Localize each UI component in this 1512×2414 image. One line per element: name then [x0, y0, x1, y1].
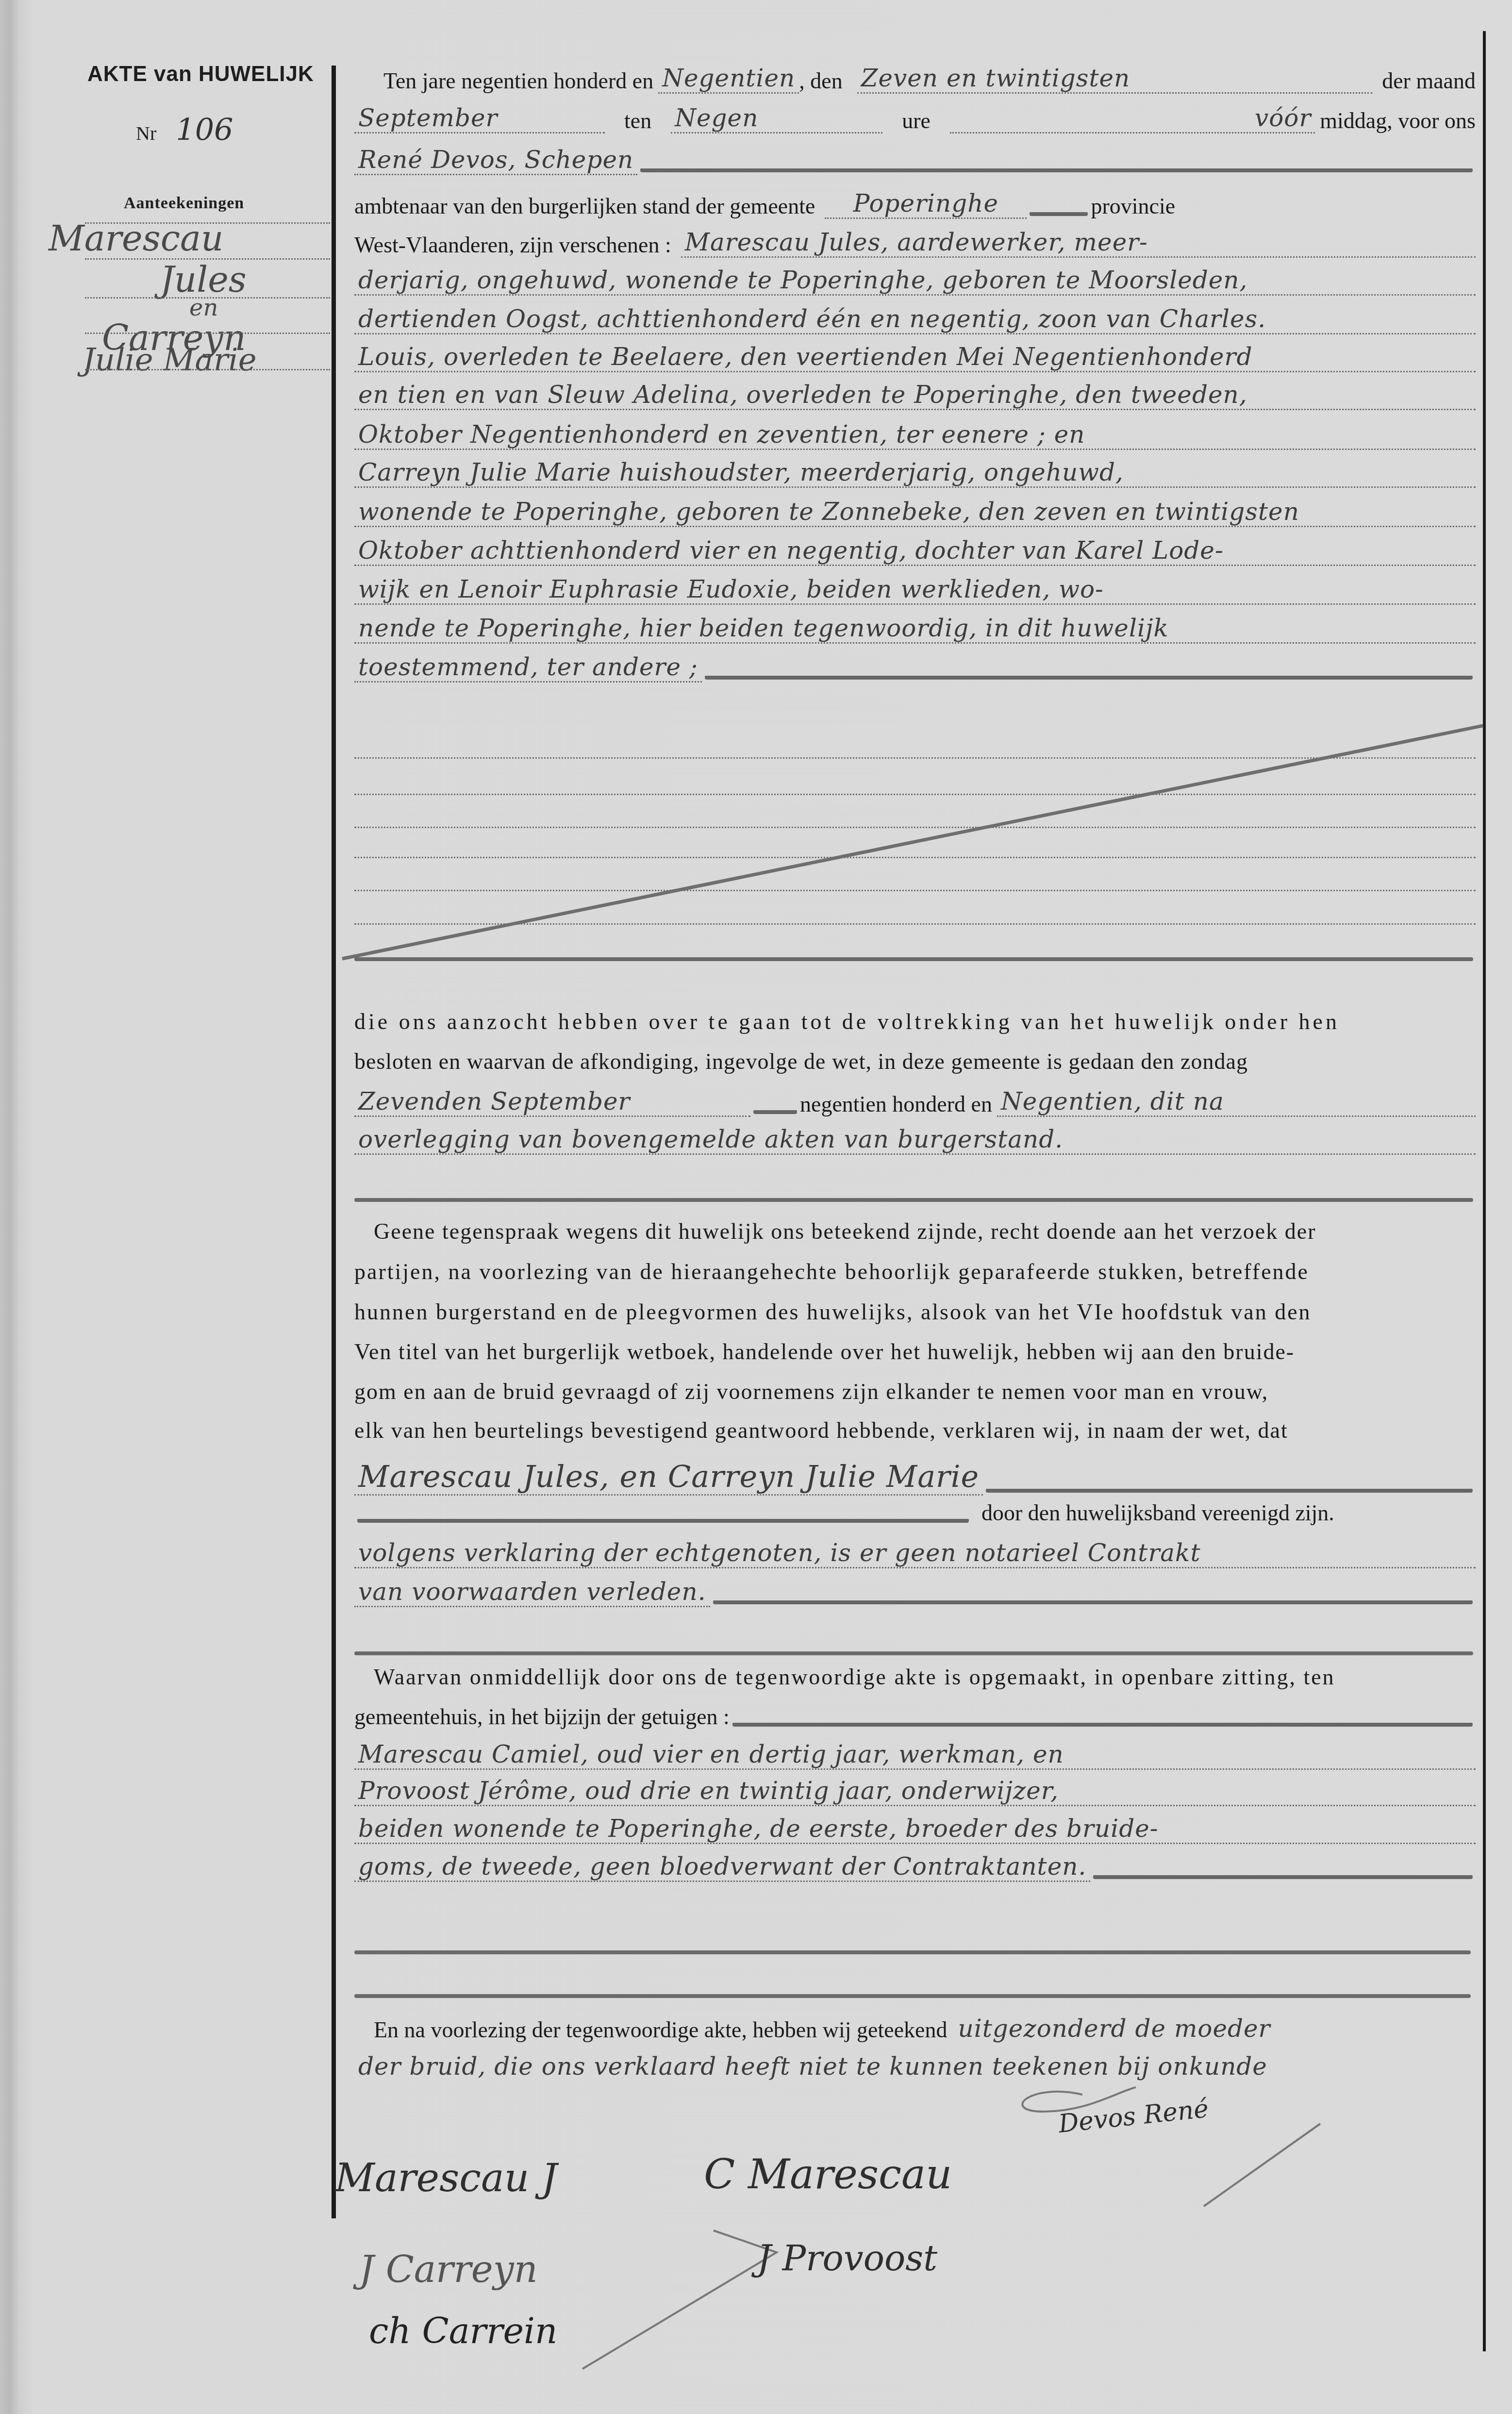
handwritten-witness-text: goms, de tweede, geen bloedverwant der C… — [354, 1852, 1090, 1882]
handwritten-documents-note: overlegging van bovengemelde akten van b… — [354, 1125, 1476, 1155]
declaration-line: hunnen burgerstand en de pleegvormen des… — [354, 1299, 1476, 1325]
handwritten-text: Carreyn Julie Marie huishoudster, meerde… — [354, 458, 1476, 488]
record-number-label: Nr — [136, 122, 156, 144]
handwritten-before-after: vóór — [950, 104, 1315, 133]
empty-dotted-line — [354, 923, 1476, 925]
printed-text: ten — [624, 108, 651, 133]
handwritten-witness-text: Marescau Camiel, oud vier en dertig jaar… — [354, 1740, 1476, 1770]
printed-text: der maand — [1382, 68, 1476, 94]
filler-stroke — [713, 1600, 1473, 1604]
handwritten-text: Oktober achttienhonderd vier en negentig… — [354, 536, 1476, 566]
handwritten-line: nende te Poperinghe, hier beiden tegenwo… — [354, 614, 1476, 644]
handwritten-line: wonende te Poperinghe, geboren te Zonneb… — [354, 498, 1476, 527]
contract-line-2: van voorwaarden verleden. — [354, 1578, 1476, 1607]
printed-text: elk van hen beurtelings bevestigend gean… — [354, 1417, 1288, 1443]
handwritten-line: Louis, overleden te Beelaere, den veerti… — [354, 343, 1476, 372]
filler-stroke — [357, 1518, 969, 1523]
page-right-border — [1483, 31, 1486, 2351]
witness-line: Provoost Jérôme, oud drie en twintig jaa… — [354, 1777, 1476, 1806]
handwritten-witness-text: beiden wonende te Poperinghe, de eerste,… — [354, 1815, 1476, 1844]
printed-text: Waarvan onmiddellijk door ons de tegenwo… — [354, 1664, 1335, 1690]
united-line: door den huwelijksband vereenigd zijn. — [354, 1500, 1476, 1526]
handwritten-year: Negentien — [658, 64, 799, 94]
printed-text: , den — [799, 68, 842, 94]
handwritten-groom-intro: Marescau Jules, aardewerker, meer- — [681, 228, 1476, 258]
handwritten-line: dertienden Oogst, achttienhonderd één en… — [354, 305, 1476, 334]
signature-groom: Marescau J — [335, 2155, 557, 2200]
printed-text: hunnen burgerstand en de pleegvormen des… — [354, 1299, 1312, 1325]
filler-stroke — [1030, 212, 1088, 216]
printed-text: provincie — [1091, 193, 1175, 219]
declaration-line: elk van hen beurtelings bevestigend gean… — [354, 1417, 1476, 1443]
printed-text: Ten jare negentien honderd en — [354, 68, 653, 94]
margin-note-surname-groom: Marescau — [49, 221, 223, 256]
signature-bride: J Carreyn — [359, 2248, 538, 2291]
handwritten-text: Louis, overleden te Beelaere, den veerti… — [354, 343, 1476, 372]
empty-dotted-line — [354, 857, 1476, 858]
act-line-time: September ten Negen ure vóór middag, voo… — [354, 104, 1476, 133]
margin-dotted-line — [85, 333, 330, 334]
publication-line-1: die ons aanzocht hebben over te gaan tot… — [354, 1009, 1476, 1034]
handwritten-contract-note: volgens verklaring der echtgenoten, is e… — [354, 1539, 1476, 1568]
publication-line-2: besloten en waarvan de afkondiging, inge… — [354, 1049, 1476, 1074]
witness-line: beiden wonende te Poperinghe, de eerste,… — [354, 1815, 1476, 1844]
signature-officer: Devos René — [1057, 2094, 1210, 2139]
empty-dotted-line — [354, 890, 1476, 891]
handwritten-text: toestemmend, ter andere ; — [354, 653, 702, 683]
annotations-heading: Aanteekeningen — [124, 194, 244, 213]
signature-bride-father: ch Carrein — [369, 2311, 557, 2351]
filler-stroke — [705, 675, 1473, 680]
filler-stroke — [753, 1110, 797, 1114]
record-number: Nr106 — [136, 112, 233, 147]
printed-text: ure — [902, 108, 930, 133]
handwritten-exception: uitgezonderd de moeder — [954, 2014, 1275, 2043]
act-line-municipality: ambtenaar van den burgerlijken stand der… — [354, 189, 1476, 219]
printed-text: Geene tegenspraak wegens dit huwelijk on… — [354, 1218, 1316, 1244]
filler-stroke — [732, 1722, 1473, 1727]
section-divider — [354, 1651, 1473, 1655]
section-divider — [354, 1198, 1473, 1202]
blank-stroke — [354, 1994, 1471, 1998]
handwritten-line: derjarig, ongehuwd, wonende te Poperingh… — [354, 266, 1476, 296]
printed-text: negentien honderd en — [800, 1091, 992, 1117]
handwritten-text: wonende te Poperinghe, geboren te Zonneb… — [354, 498, 1476, 527]
handwritten-text: Oktober Negentienhonderd en zeventien, t… — [354, 420, 1476, 450]
printed-text: middag, voor ons — [1320, 108, 1476, 133]
witness-line: Marescau Camiel, oud vier en dertig jaar… — [354, 1740, 1476, 1770]
margin-dotted-line — [85, 297, 330, 299]
handwritten-text: nende te Poperinghe, hier beiden tegenwo… — [354, 614, 1476, 644]
declaration-line: partijen, na voorlezing van de hieraange… — [354, 1259, 1476, 1284]
printed-text: gom en aan de bruid gevraagd of zij voor… — [354, 1379, 1268, 1404]
handwritten-hour: Negen — [671, 104, 882, 133]
publication-line-3: Zevenden September negentien honderd en … — [354, 1087, 1476, 1117]
act-line-appeared: West-Vlaanderen, zijn verschenen : Mares… — [354, 228, 1476, 258]
declaration-line: Ven titel van het burgerlijk wetboek, ha… — [354, 1339, 1476, 1365]
handwritten-officer-name: René Devos, Schepen — [354, 146, 637, 175]
handwritten-text: en tien en van Sleuw Adelina, overleden … — [354, 381, 1476, 410]
printed-text: door den huwelijksband vereenigd zijn. — [981, 1500, 1334, 1526]
contract-line-1: volgens verklaring der echtgenoten, is e… — [354, 1539, 1476, 1568]
filler-stroke — [1093, 1875, 1473, 1879]
handwritten-publication-date: Zevenden September — [354, 1087, 750, 1117]
empty-dotted-line — [354, 757, 1476, 759]
handwritten-couple-names: Marescau Jules, en Carreyn Julie Marie — [354, 1459, 983, 1496]
blank-stroke — [354, 1950, 1471, 1954]
handwritten-month: September — [354, 104, 605, 133]
act-line-date: Ten jare negentien honderd en Negentien … — [354, 64, 1476, 94]
signature-witness-1: C Marescau — [704, 2150, 952, 2198]
printed-text: West-Vlaanderen, zijn verschenen : — [354, 232, 671, 258]
empty-dotted-line — [354, 794, 1476, 795]
declaration-line: Geene tegenspraak wegens dit huwelijk on… — [354, 1218, 1476, 1244]
record-number-value: 106 — [176, 112, 233, 147]
printed-text: Ven titel van het burgerlijk wetboek, ha… — [354, 1339, 1295, 1365]
declaration-line: gom en aan de bruid gevraagd of zij voor… — [354, 1379, 1476, 1404]
closing-line-1: En na voorlezing der tegenwoordige akte,… — [354, 2014, 1476, 2043]
handwritten-line: en tien en van Sleuw Adelina, overleden … — [354, 381, 1476, 410]
printed-text: En na voorlezing der tegenwoordige akte,… — [354, 2017, 947, 2043]
handwritten-municipality: Poperinghe — [825, 189, 1027, 219]
handwritten-line: Carreyn Julie Marie huishoudster, meerde… — [354, 458, 1476, 488]
publication-line-4: overlegging van bovengemelde akten van b… — [354, 1125, 1476, 1155]
witness-intro-line-1: Waarvan onmiddellijk door ons de tegenwo… — [354, 1664, 1476, 1690]
margin-note-and: en — [189, 296, 218, 319]
printed-text: gemeentehuis, in het bijzijn der getuige… — [354, 1704, 730, 1730]
handwritten-text: derjarig, ongehuwd, wonende te Poperingh… — [354, 266, 1476, 296]
margin-divider — [332, 66, 336, 2218]
handwritten-text: wijk en Lenoir Euphrasie Eudoxie, beiden… — [354, 575, 1476, 605]
margin-note-given-groom: Jules — [160, 262, 247, 297]
handwritten-contract-note: van voorwaarden verleden. — [354, 1578, 710, 1607]
margin-dotted-line — [85, 258, 330, 260]
empty-dotted-line — [354, 827, 1476, 828]
signature-witness-2: J Provoost — [757, 2238, 937, 2279]
handwritten-day: Zeven en twintigsten — [857, 64, 1373, 94]
handwritten-exception: der bruid, die ons verklaard heeft niet … — [354, 2052, 1271, 2081]
act-line-officer: René Devos, Schepen — [354, 146, 1476, 175]
document-title: AKTE van HUWELIJK — [87, 62, 314, 86]
margin-dotted-line — [85, 222, 330, 224]
document-page: AKTE van HUWELIJK Nr106 Aanteekeningen M… — [0, 0, 1512, 2414]
handwritten-line: Oktober achttienhonderd vier en negentig… — [354, 536, 1476, 566]
closing-stroke — [354, 957, 1473, 961]
handwritten-line: Oktober Negentienhonderd en zeventien, t… — [354, 420, 1476, 450]
closing-line-2: der bruid, die ons verklaard heeft niet … — [354, 2052, 1476, 2081]
witness-intro-line-2: gemeentehuis, in het bijzijn der getuige… — [354, 1704, 1476, 1730]
margin-note-given-bride: Julie Marie — [83, 345, 257, 376]
handwritten-line: wijk en Lenoir Euphrasie Eudoxie, beiden… — [354, 575, 1476, 605]
handwritten-text: dertienden Oogst, achttienhonderd één en… — [354, 305, 1476, 334]
filler-stroke — [986, 1488, 1473, 1493]
printed-text: besloten en waarvan de afkondiging, inge… — [354, 1049, 1248, 1074]
printed-text: die ons aanzocht hebben over te gaan tot… — [354, 1009, 1340, 1034]
handwritten-witness-text: Provoost Jérôme, oud drie en twintig jaa… — [354, 1777, 1476, 1806]
couple-names-line: Marescau Jules, en Carreyn Julie Marie — [354, 1459, 1476, 1496]
printed-text: partijen, na voorlezing van de hieraange… — [354, 1259, 1309, 1284]
filler-stroke — [640, 168, 1473, 172]
handwritten-publication-year: Negentien, dit na — [997, 1087, 1476, 1117]
witness-line: goms, de tweede, geen bloedverwant der C… — [354, 1852, 1476, 1882]
handwritten-line: toestemmend, ter andere ; — [354, 653, 1476, 683]
printed-text: ambtenaar van den burgerlijken stand der… — [354, 193, 815, 219]
margin-dotted-line — [85, 369, 330, 370]
